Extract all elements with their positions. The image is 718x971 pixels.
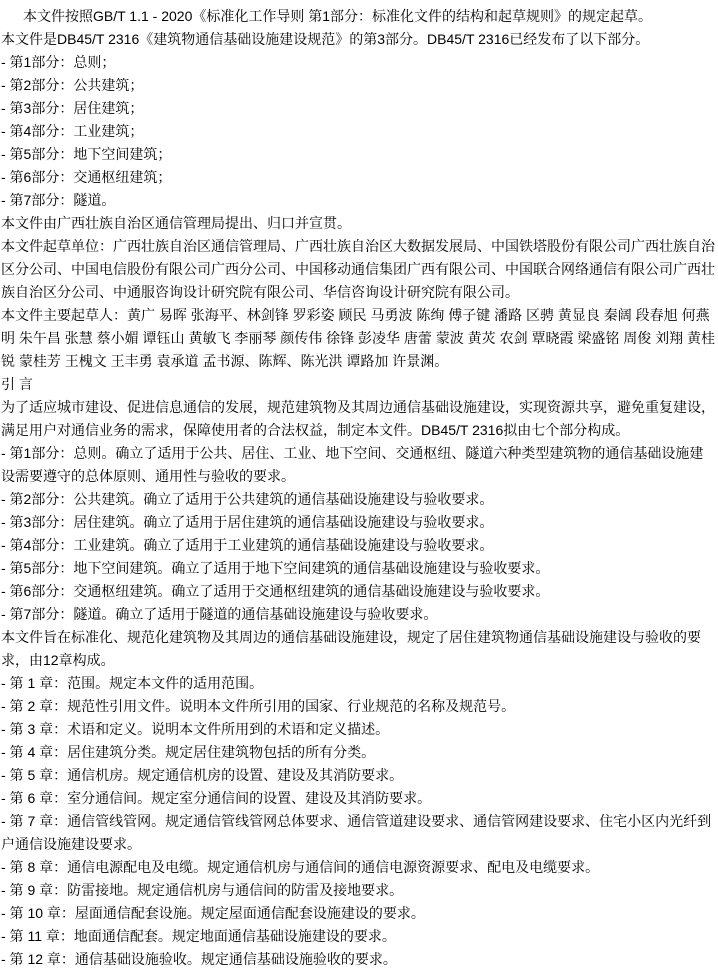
list-item: - 第1部分：总则； <box>1 51 716 74</box>
list-item: - 第 12 章：通信基础设施验收。规定通信基础设施验收的要求。 <box>1 948 716 971</box>
list-item: - 第 2 章：规范性引用文件。说明本文件所引用的国家、行业规范的名称及规范号。 <box>1 695 716 718</box>
list-item: - 第 3 章：术语和定义。说明本文件所用到的术语和定义描述。 <box>1 718 716 741</box>
list-item: - 第4部分：工业建筑。确立了适用于工业建筑的通信基础设施建设与验收要求。 <box>1 534 716 557</box>
list-item: - 第 6 章：室分通信间。规定室分通信间的设置、建设及其消防要求。 <box>1 787 716 810</box>
list-item: - 第2部分：公共建筑。确立了适用于公共建筑的通信基础设施建设与验收要求。 <box>1 488 716 511</box>
list-item: - 第 10 章：屋面通信配套设施。规定屋面通信配套设施建设的要求。 <box>1 902 716 925</box>
paragraph: 本文件是DB45/T 2316《建筑物通信基础设施建设规范》的第3部分。DB45… <box>1 28 716 51</box>
paragraph: 本文件主要起草人：黄广 易晖 张海平、林剑锋 罗彩姿 顾民 马勇波 陈绚 傅子键… <box>1 304 716 373</box>
list-item: - 第7部分：隧道。 <box>1 189 716 212</box>
list-item: - 第 5 章：通信机房。规定通信机房的设置、建设及其消防要求。 <box>1 764 716 787</box>
list-item: - 第 11 章：地面通信配套。规定地面通信基础设施建设的要求。 <box>1 925 716 948</box>
list-item: - 第6部分：交通枢纽建筑。确立了适用于交通枢纽建筑的通信基础设施建设与验收要求… <box>1 580 716 603</box>
list-item: - 第3部分：居住建筑。确立了适用于居住建筑的通信基础设施建设与验收要求。 <box>1 511 716 534</box>
list-item: - 第 7 章：通信管线管网。规定通信管线管网总体要求、通信管道建设要求、通信管… <box>1 810 716 856</box>
list-item: - 第1部分：总则。确立了适用于公共、居住、工业、地下空间、交通枢纽、隧道六种类… <box>1 442 716 488</box>
list-item: - 第4部分：工业建筑； <box>1 120 716 143</box>
section-heading: 引 言 <box>1 373 716 396</box>
paragraph: 本文件旨在标准化、规范化建筑物及其周边的通信基础设施建设，规定了居住建筑物通信基… <box>1 626 716 672</box>
list-item: - 第 9 章：防雷接地。规定通信机房与通信间的防雷及接地要求。 <box>1 879 716 902</box>
list-item: - 第2部分：公共建筑； <box>1 74 716 97</box>
list-item: - 第5部分：地下空间建筑； <box>1 143 716 166</box>
list-item: - 第 4 章：居住建筑分类。规定居住建筑物包括的所有分类。 <box>1 741 716 764</box>
paragraph: 本文件由广西壮族自治区通信管理局提出、归口并宣贯。 <box>1 212 716 235</box>
list-item: - 第 8 章：通信电源配电及电缆。规定通信机房与通信间的通信电源资源要求、配电… <box>1 856 716 879</box>
list-item: - 第6部分：交通枢纽建筑； <box>1 166 716 189</box>
list-item: - 第7部分：隧道。确立了适用于隧道的通信基础设施建设与验收要求。 <box>1 603 716 626</box>
document-body: 本文件按照GB/T 1.1 - 2020《标准化工作导则 第1部分：标准化文件的… <box>0 0 718 971</box>
paragraph: 为了适应城市建设、促进信息通信的发展，规范建筑物及其周边通信基础设施建设，实现资… <box>1 396 716 442</box>
paragraph: 本文件按照GB/T 1.1 - 2020《标准化工作导则 第1部分：标准化文件的… <box>1 5 716 28</box>
list-item: - 第3部分：居住建筑； <box>1 97 716 120</box>
list-item: - 第 1 章：范围。规定本文件的适用范围。 <box>1 672 716 695</box>
list-item: - 第5部分：地下空间建筑。确立了适用于地下空间建筑的通信基础设施建设与验收要求… <box>1 557 716 580</box>
paragraph: 本文件起草单位：广西壮族自治区通信管理局、广西壮族自治区大数据发展局、中国铁塔股… <box>1 235 716 304</box>
